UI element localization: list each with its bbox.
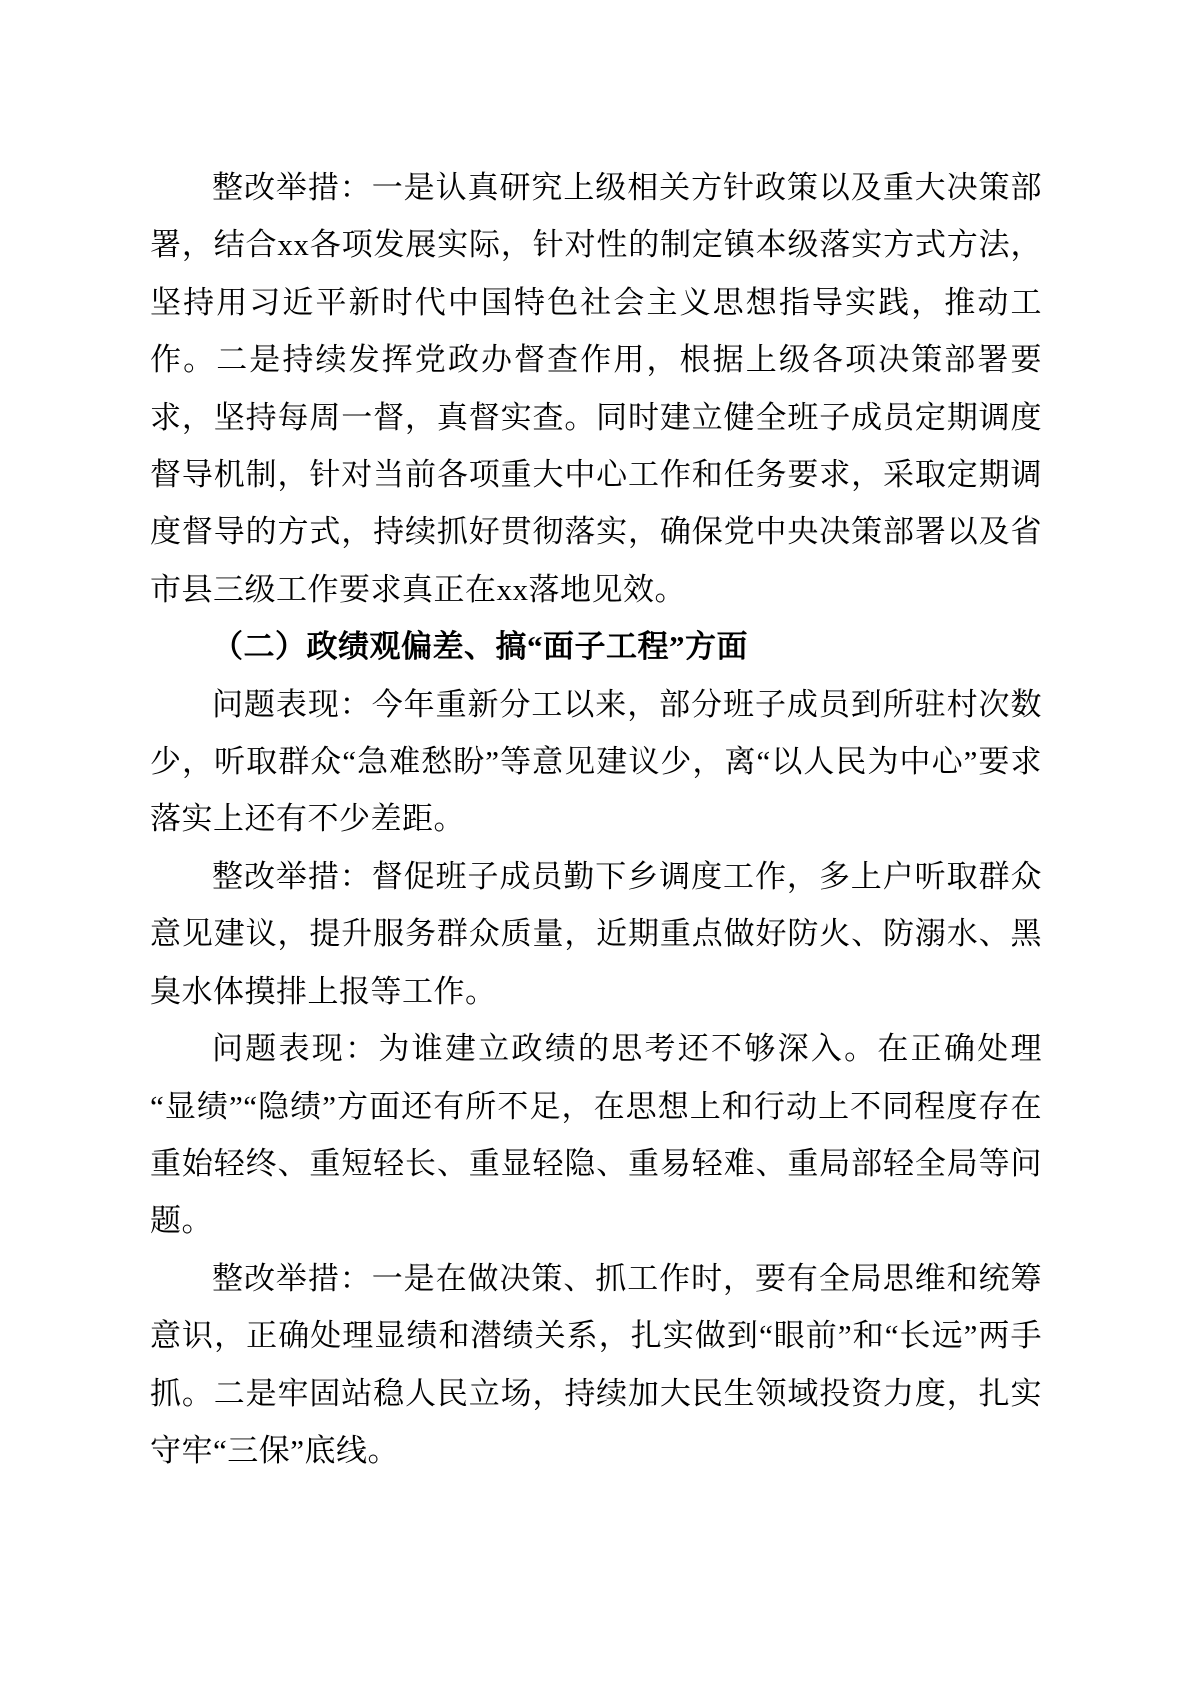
- paragraph-rectification-measures-1: 整改举措：一是认真研究上级相关方针政策以及重大决策部署，结合xx各项发展实际，针…: [150, 159, 1042, 618]
- document-body: 整改举措：一是认真研究上级相关方针政策以及重大决策部署，结合xx各项发展实际，针…: [150, 159, 1042, 1479]
- section-heading-2: （二）政绩观偏差、搞“面子工程”方面: [150, 618, 1042, 675]
- document-page: 整改举措：一是认真研究上级相关方针政策以及重大决策部署，结合xx各项发展实际，针…: [0, 0, 1190, 1683]
- paragraph-rectification-measures-2: 整改举措：督促班子成员勤下乡调度工作，多上户听取群众意见建议，提升服务群众质量，…: [150, 848, 1042, 1020]
- paragraph-rectification-measures-3: 整改举措：一是在做决策、抓工作时，要有全局思维和统筹意识，正确处理显绩和潜绩关系…: [150, 1250, 1042, 1480]
- paragraph-problem-statement-1: 问题表现：今年重新分工以来，部分班子成员到所驻村次数少，听取群众“急难愁盼”等意…: [150, 676, 1042, 848]
- paragraph-problem-statement-2: 问题表现：为谁建立政绩的思考还不够深入。在正确处理“显绩”“隐绩”方面还有所不足…: [150, 1020, 1042, 1250]
